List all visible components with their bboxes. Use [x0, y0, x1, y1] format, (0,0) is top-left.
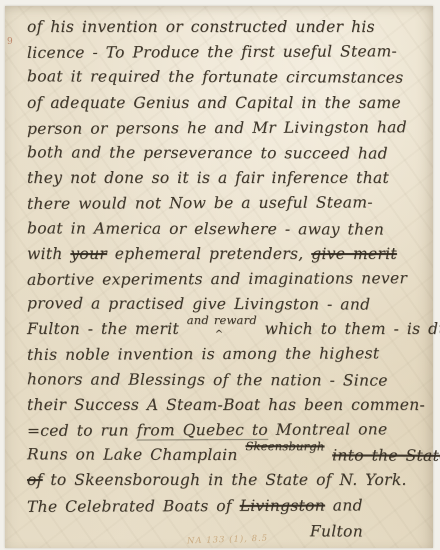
manuscript-line: of his invention or constructed under hi… [27, 15, 421, 40]
archival-pencil-annotation: NA 133 (1), 8.5 [187, 534, 268, 547]
struck-out-text: give merit [311, 245, 397, 263]
margin-page-mark: 9 [7, 37, 13, 47]
struck-out-text: into the State [332, 447, 440, 465]
manuscript-word: abortive experiments and imaginations ne… [27, 269, 407, 289]
manuscript-line: of adequate Genius and Capital in the sa… [27, 91, 421, 116]
manuscript-word: honors and Blessings of the nation - Sin… [27, 370, 388, 389]
manuscript-line: Runs on Lake Champlain Skeensburgh into … [27, 442, 421, 469]
manuscript-line: boat it required the fortunate circumsta… [27, 65, 421, 92]
manuscript-word: to Skeensborough in the State of N. York… [43, 471, 407, 489]
manuscript-line: The Celebrated Boats of Livingston and [27, 493, 421, 520]
manuscript-word: Runs on Lake Champlain [27, 445, 246, 464]
manuscript-line: abortive experiments and imaginations ne… [27, 266, 421, 293]
manuscript-word: with [27, 245, 70, 263]
manuscript-word: both and the perseverance to succeed had [27, 143, 388, 162]
manuscript-word: boat in America or elsewhere - away then [27, 219, 384, 238]
manuscript-line: Fulton - the merit and reward which to t… [27, 317, 421, 342]
manuscript-word: ephemeral pretenders, [107, 245, 311, 263]
manuscript-line: of to Skeensborough in the State of N. Y… [27, 468, 421, 493]
manuscript-line: with your ephemeral pretenders, give mer… [27, 242, 421, 267]
manuscript-word: Fulton - the merit [27, 320, 187, 338]
scanned-document-view: { "document": { "kind": "handwritten-man… [0, 0, 440, 550]
manuscript-word: there would not Now be a useful Steam- [27, 194, 373, 214]
struck-interline-insertion: Skeensburgh [245, 434, 324, 459]
manuscript-line: licence - To Produce the first useful St… [27, 39, 421, 66]
manuscript-line: this noble invention is among the highes… [27, 342, 421, 369]
manuscript-line: their Success A Steam-Boat has been comm… [27, 393, 421, 418]
manuscript-word: which to them - is due [257, 320, 440, 338]
manuscript-word: The Celebrated Boats of [27, 496, 240, 515]
manuscript-word: their Success A Steam-Boat has been comm… [27, 396, 425, 414]
struck-out-text: your [70, 245, 107, 263]
manuscript-line: boat in America or elsewhere - away then [27, 216, 421, 243]
manuscript-word: and [325, 496, 363, 514]
manuscript-line: honors and Blessings of the nation - Sin… [27, 367, 421, 394]
struck-out-text: of [27, 471, 43, 489]
manuscript-line: =ced to run from Quebec to Montreal one [27, 417, 421, 444]
manuscript-word: Fulton [310, 522, 363, 540]
manuscript-word: of his invention or constructed under hi… [27, 18, 375, 36]
manuscript-line: both and the perseverance to succeed had [27, 140, 421, 167]
manuscript-text: 9 of his invention or constructed under … [27, 15, 421, 544]
manuscript-page: 9 of his invention or constructed under … [5, 6, 433, 548]
manuscript-line: person or persons he and Mr Livingston h… [27, 115, 421, 142]
manuscript-line: they not done so it is a fair inference … [27, 166, 421, 191]
manuscript-word: they not done so it is a fair inference … [27, 169, 389, 187]
manuscript-word: licence - To Produce the first useful St… [27, 42, 397, 62]
manuscript-word: boat it required the fortunate circumsta… [27, 68, 404, 87]
manuscript-word: =ced to run [27, 421, 137, 439]
manuscript-word: person or persons he and Mr Livingston h… [27, 118, 407, 138]
manuscript-word: this noble invention is among the highes… [27, 345, 379, 365]
interline-insertion: and reward [187, 308, 257, 333]
manuscript-word: of adequate Genius and Capital in the sa… [27, 94, 401, 112]
struck-out-text: Livingston [240, 496, 325, 514]
manuscript-line: there would not Now be a useful Steam- [27, 190, 421, 217]
